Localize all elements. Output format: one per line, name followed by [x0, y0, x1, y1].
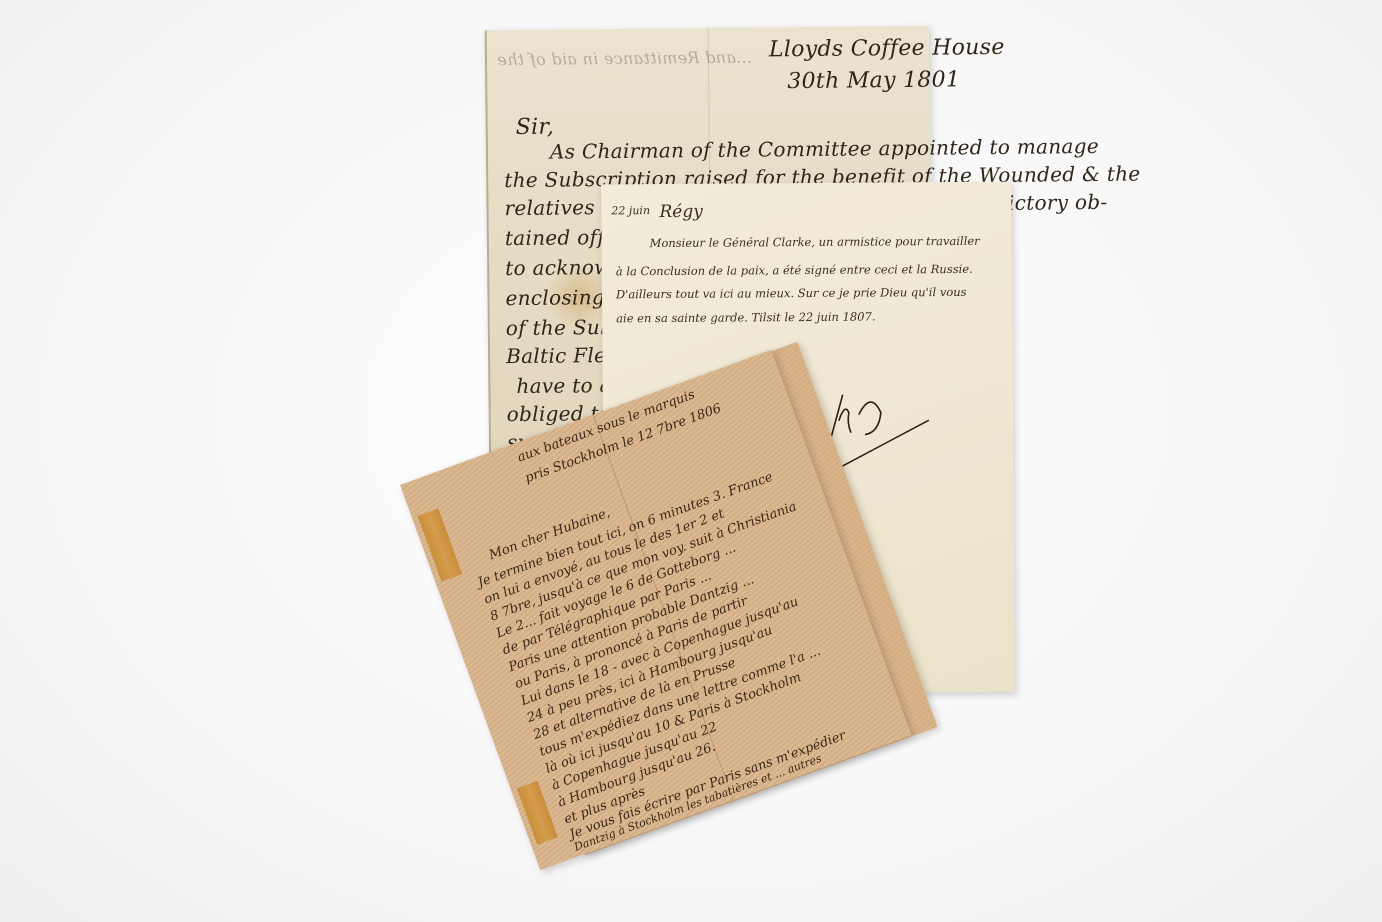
letter-line: aie en sa sainte garde. Tilsit le 22 jui…: [616, 310, 875, 326]
letter-line: à la Conclusion de la paix, a été signé …: [616, 262, 973, 278]
letter-header: Régy: [659, 202, 702, 222]
bleed-through-text: ...and Remittance in aid of the: [497, 48, 752, 70]
margin-date: 22 juin: [611, 204, 650, 217]
letter-line: As Chairman of the Committee appointed t…: [550, 134, 1099, 164]
letter-line: Monsieur le Général Clarke, un armistice…: [650, 234, 980, 250]
tape-strip: [517, 781, 558, 845]
letter-line: D'ailleurs tout va ici au mieux. Sur ce …: [616, 285, 967, 301]
letter-date: 30th May 1801: [787, 67, 960, 94]
tape-strip: [418, 508, 463, 581]
letter-place: Lloyds Coffee House: [769, 35, 1005, 62]
letter-salutation: Sir,: [516, 115, 555, 140]
